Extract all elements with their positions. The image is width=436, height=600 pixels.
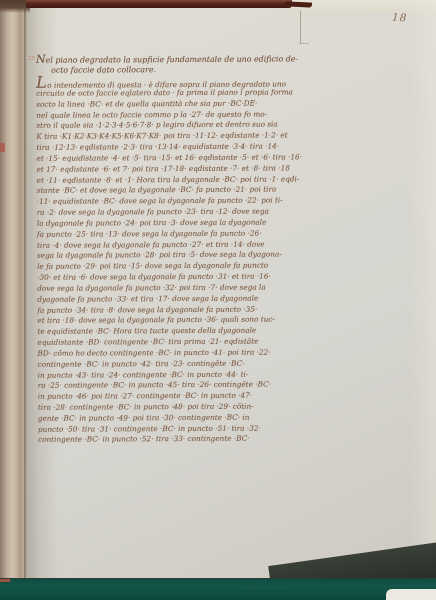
- manuscript-text-block: Nel piano degradato la supficie fundamen…: [36, 53, 338, 446]
- manuscript-line: et ·15· equidistante ·4· et ·5· tira ·15…: [36, 152, 336, 164]
- folio-number: 18: [392, 11, 408, 24]
- manuscript-photo: 18 25 Nel piano degradato la supficie fu…: [0, 0, 436, 600]
- page-crease-foot: [299, 43, 309, 44]
- margin-chapter-number: 25: [28, 56, 35, 62]
- manuscript-line: et ·11· eqdistante ·8· et ·1· Hora tira …: [37, 174, 337, 186]
- cover-top-band: [26, 0, 292, 8]
- white-card: [386, 589, 436, 600]
- manuscript-line: Nel piano degradato la supficie fundamen…: [36, 53, 336, 65]
- page-right-curvature: [410, 0, 436, 600]
- bottom-scale-marks: ········: [243, 583, 287, 589]
- bottom-red-mark: [0, 579, 10, 582]
- spine-red-mark: [0, 143, 5, 152]
- page-crease: [300, 11, 301, 43]
- manuscript-line: contingente ·BC· in puncto ·52· tira ·33…: [38, 434, 338, 446]
- manuscript-line: circuito de octo faccie eqlatero dato · …: [36, 87, 336, 99]
- table-surface: [0, 578, 436, 600]
- book-spine-page-edges: [0, 0, 26, 600]
- manuscript-line: octo faccie dato collocare.: [36, 64, 336, 76]
- spine-crease: [24, 0, 27, 600]
